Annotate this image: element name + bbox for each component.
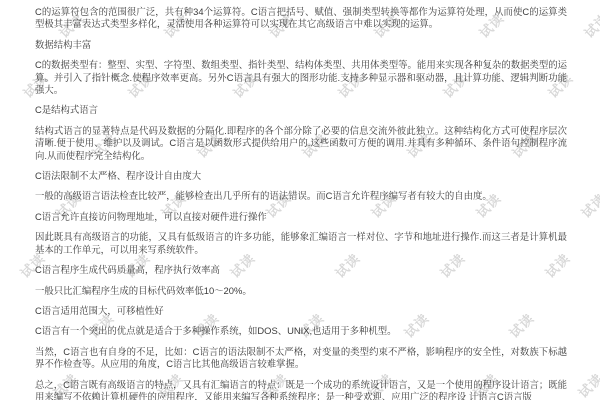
document-page: 试读试读试读试读试读试读试读试读试读试读试读试读试读试读试读试读试读试读试读试读… [0, 0, 600, 400]
paragraph: C语言有一个突出的优点就是适合于多种操作系统，如DOS、UNIX,也适用于多种机… [35, 325, 567, 337]
paragraph: 一般的高级语言语法检查比较严，能够检查出几乎所有的语法错误。而C语言允许程序编写… [35, 190, 567, 202]
section-heading: C语言程序生成代码质量高，程序执行效率高 [35, 264, 567, 276]
section-heading: C是结构式语言 [35, 104, 567, 116]
paragraph: 因此既具有高级语言的功能，又具有低级语言的许多功能，能够象汇编语言一样对位、字节… [35, 231, 567, 256]
paragraph: C的数据类型有：整型、实型、字符型、数组类型、指针类型、结构体类型、共用体类型等… [35, 59, 567, 96]
section-heading: C语言适用范围大，可移植性好 [35, 305, 567, 317]
paragraph: C的运算符包含的范围很广泛，共有种34个运算符。C语言把括号、赋值、强制类型转换… [35, 6, 567, 31]
section-heading: 数据结构丰富 [35, 39, 567, 51]
document-content: C的运算符包含的范围很广泛，共有种34个运算符。C语言把括号、赋值、强制类型转换… [0, 0, 600, 400]
paragraph: 总之，C语言既有高级语言的特点，又具有汇编语言的特点：既是一个成功的系统设计语言… [35, 379, 567, 400]
paragraph: 当然，C语言也有自身的不足，比如：C语言的语法限制不太严格，对变量的类型约束不严… [35, 346, 567, 371]
section-heading: C语言允许直接访问物理地址，可以直接对硬件进行操作 [35, 211, 567, 223]
paragraph: 一般只比汇编程序生成的目标代码效率低10〜20%。 [35, 285, 567, 297]
section-heading: C语法限制不太严格、程序设计自由度大 [35, 170, 567, 182]
paragraph: 结构式语言的显著特点是代码及数据的分隔化.即程序的各个部分除了必要的信息交流外彼… [35, 125, 567, 162]
